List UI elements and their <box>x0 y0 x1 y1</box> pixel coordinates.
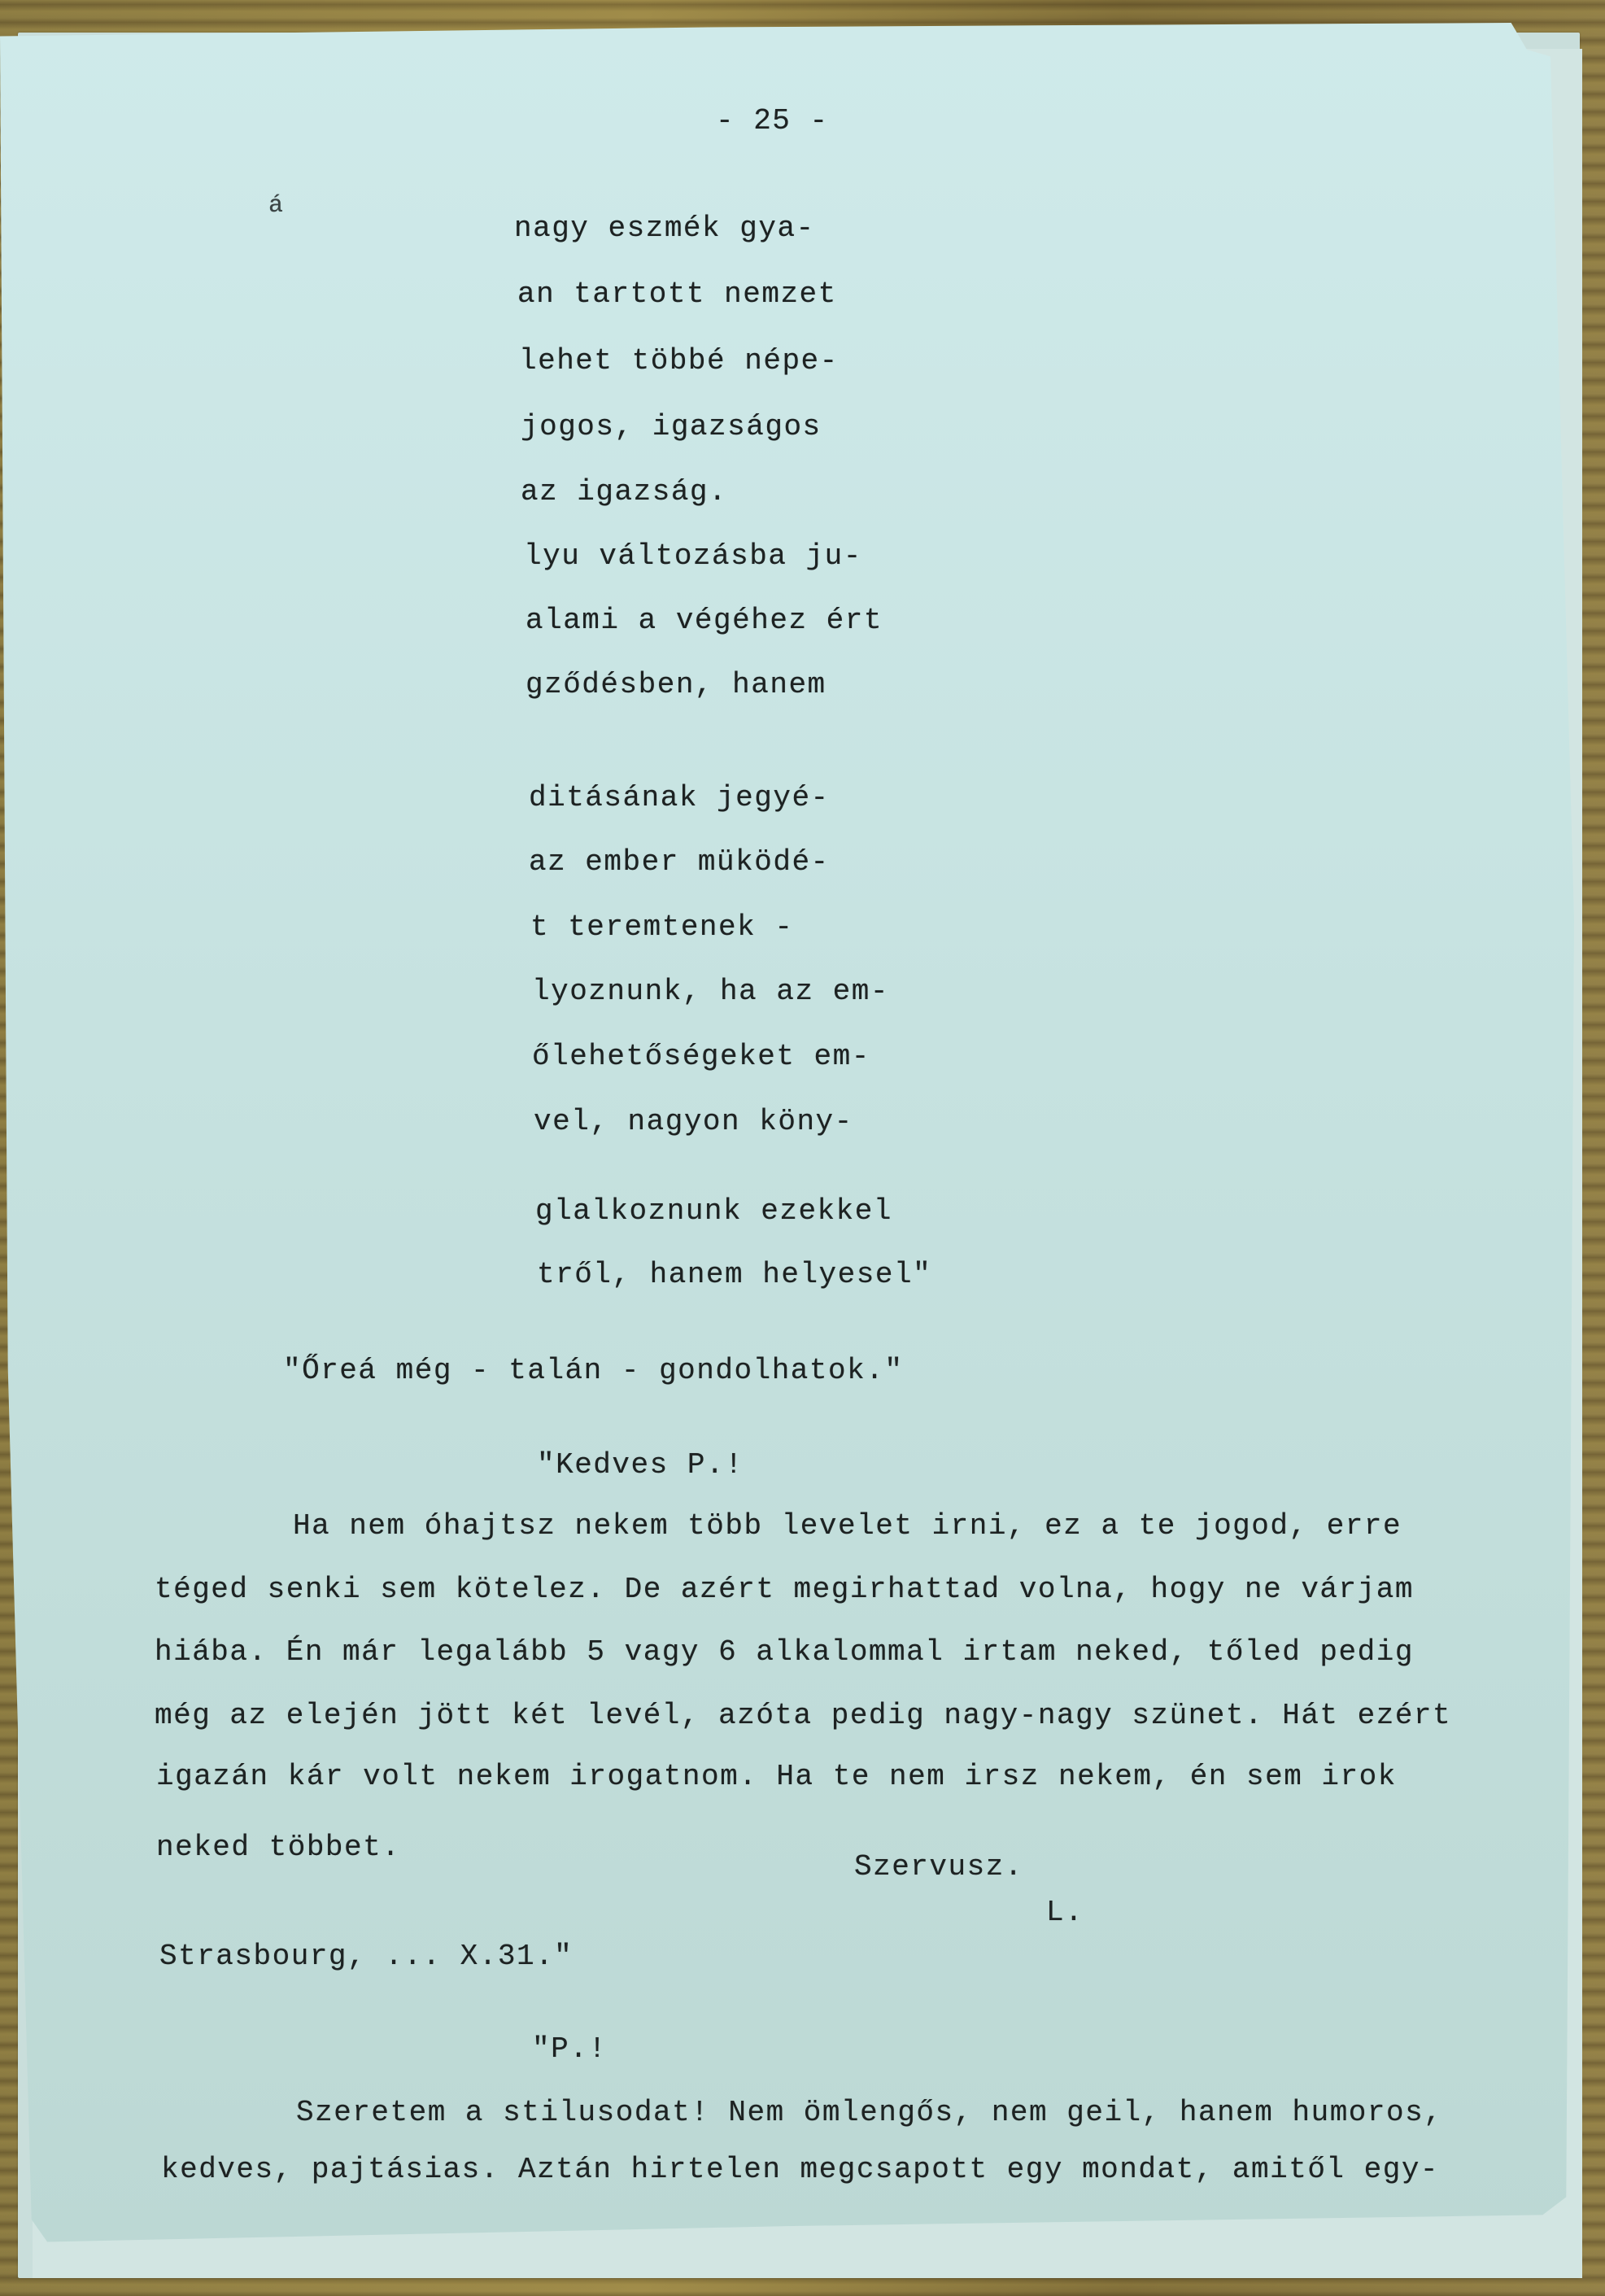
fragment-line: gződésben, hanem <box>526 668 826 701</box>
fragment-line: lyu változásba ju- <box>524 539 862 573</box>
quote-line: "Őreá még - talán - gondolhatok." <box>283 1354 903 1387</box>
letter2-body-line: Szeretem a stilusodat! Nem ömlengős, nem… <box>296 2096 1442 2129</box>
letter1-body-line: neked többet. <box>156 1831 400 1864</box>
typewritten-page: - 25 - á nagy eszmék gya- an tartott nem… <box>0 23 1574 2264</box>
letter1-closing: Szervusz. <box>854 1850 1023 1884</box>
letter2-body-line: kedves, pajtásias. Aztán hirtelen megcsa… <box>161 2153 1439 2186</box>
fragment-line: alami a végéhez ért <box>526 604 883 637</box>
letter1-body-line: téged senki sem kötelez. De azért megirh… <box>155 1573 1414 1606</box>
fragment-line: nagy eszmék gya- <box>514 212 815 245</box>
letter1-body-line: Ha nem óhajtsz nekem több levelet irni, … <box>293 1509 1402 1543</box>
letter1-body-line: hiába. Én már legalább 5 vagy 6 alkalomm… <box>155 1635 1414 1669</box>
fragment-line: jogos, igazságos <box>521 410 822 443</box>
letter1-body-line: igazán kár volt nekem irogatnom. Ha te n… <box>156 1760 1397 1793</box>
fragment-line: ditásának jegyé- <box>529 781 830 814</box>
fragment-line: t teremtenek - <box>530 910 793 944</box>
fragment-line: lyoznunk, ha az em- <box>532 975 889 1008</box>
fragment-line: an tartott nemzet <box>517 277 837 311</box>
fragment-line: vel, nagyon köny- <box>534 1105 853 1138</box>
fragment-line: az igazság. <box>521 475 727 509</box>
letter1-place-date: Strasbourg, ... X.31." <box>159 1940 573 1973</box>
letter1-signature: L. <box>1046 1896 1084 1929</box>
letter2-salutation: "P.! <box>532 2032 607 2066</box>
letter1-body-line: még az elején jött két levél, azóta pedi… <box>155 1699 1451 1732</box>
fragment-line: glalkoznunk ezekkel <box>535 1194 892 1228</box>
page-number: - 25 - <box>716 104 829 137</box>
stray-mark: á <box>268 192 285 220</box>
fragment-line: az ember müködé- <box>529 845 830 879</box>
fragment-line: őlehetőségeket em- <box>532 1040 870 1073</box>
letter1-salutation: "Kedves P.! <box>537 1448 744 1482</box>
fragment-line: tről, hanem helyesel" <box>537 1258 931 1291</box>
fragment-line: lehet többé népe- <box>519 344 839 378</box>
